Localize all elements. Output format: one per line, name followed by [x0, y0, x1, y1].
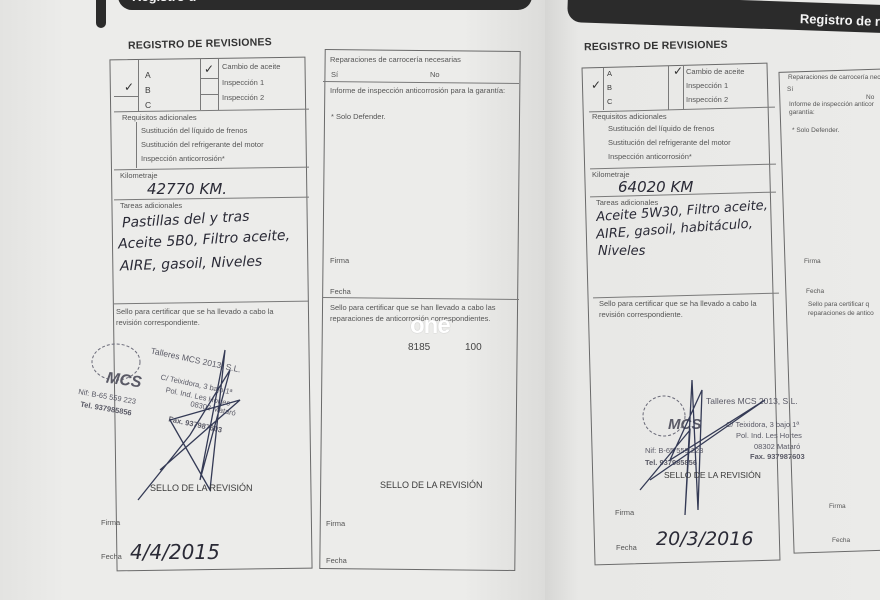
right-req-coolant: Sustitución del refrigerante del motor: [608, 138, 731, 147]
right-fecha-label: Fecha: [616, 543, 637, 552]
left-bw-fecha: Fecha: [330, 287, 351, 296]
left-anticorr-report: Informe de inspección anticorrosión para…: [330, 86, 510, 96]
right-opt-insp1: Inspección 1: [686, 81, 728, 90]
right-seal-caption: Sello para certificar que se ha llevado …: [599, 298, 774, 320]
left-bw-seal-label: SELLO DE LA REVISIÓN: [380, 480, 483, 490]
right-fecha-value: 20/3/2016: [656, 528, 753, 550]
left-seal-caption: Sello para certificar que se ha llevado …: [116, 306, 301, 328]
right-bw-firma2: Firma: [829, 503, 846, 510]
left-bw-firma: Firma: [330, 256, 349, 265]
left-req-coolant: Sustitución del refrigerante del motor: [141, 140, 264, 149]
right-firma-label: Firma: [615, 508, 634, 517]
left-tasks-label: Tareas adicionales: [120, 201, 182, 210]
watermark-logo: one: [410, 312, 450, 340]
left-opt-insp2: Inspección 2: [222, 93, 264, 102]
left-firma-label: Firma: [101, 518, 120, 527]
right-bodywork-si[interactable]: Sí: [787, 86, 793, 93]
right-opt-oil: Cambio de aceite: [686, 67, 744, 76]
watermark-left-number: 8185: [408, 342, 430, 353]
right-signature: [630, 370, 770, 520]
left-bodywork-no[interactable]: No: [430, 70, 440, 79]
right-req-brake: Sustitución del líquido de frenos: [608, 124, 714, 133]
left-req-brake: Sustitución del líquido de frenos: [141, 126, 247, 135]
left-row-a: A: [145, 70, 151, 80]
left-bw-fecha2: Fecha: [326, 556, 347, 565]
right-defender-note: * Solo Defender.: [792, 127, 839, 134]
left-row-b: B: [145, 85, 151, 95]
header-band-cap: [96, 0, 106, 28]
left-req-anticorr: Inspección anticorrosión*: [141, 154, 225, 163]
left-req-label: Requisitos adicionales: [122, 113, 197, 122]
right-req-anticorr: Inspección anticorrosión*: [608, 152, 692, 161]
right-bw-fecha2: Fecha: [832, 537, 850, 544]
left-header-band: Registro d: [118, 0, 532, 10]
right-bw-firma: Firma: [804, 258, 821, 265]
right-check-b[interactable]: ✓: [591, 78, 601, 92]
watermark-right-number: 100: [465, 342, 482, 353]
right-opt-insp2: Inspección 2: [686, 95, 728, 104]
right-bw-fecha: Fecha: [806, 288, 824, 295]
left-row-c: C: [145, 100, 151, 110]
right-anticorr-seal-caption: Sello para certificar q reparaciones de …: [808, 300, 880, 320]
right-page-title: REGISTRO DE REVISIONES: [584, 39, 728, 54]
right-bodywork-no[interactable]: No: [866, 94, 874, 101]
left-defender-note: * Solo Defender.: [331, 112, 386, 121]
left-opt-oil: Cambio de aceite: [222, 62, 280, 71]
left-mileage-value: 42770 KM.: [147, 180, 227, 198]
left-fecha-label: Fecha: [101, 552, 122, 561]
right-check-oil[interactable]: ✓: [673, 64, 683, 78]
left-check-oil[interactable]: ✓: [204, 62, 214, 76]
left-bw-firma2: Firma: [326, 519, 345, 528]
right-req-label: Requisitos adicionales: [592, 112, 667, 121]
left-check-b[interactable]: ✓: [124, 80, 134, 94]
right-row-c: C: [607, 97, 612, 106]
left-mileage-label: Kilometraje: [120, 171, 158, 180]
left-bodywork-label: Reparaciones de carrocería necesarias: [330, 55, 461, 64]
right-row-b: B: [607, 83, 612, 92]
right-seal-label: SELLO DE LA REVISIÓN: [664, 470, 761, 480]
left-seal-label: SELLO DE LA REVISIÓN: [150, 483, 253, 493]
right-anticorr-report: Informe de inspección anticor garantía:: [789, 101, 879, 117]
right-row-a: A: [607, 69, 612, 78]
left-fecha-value: 4/4/2015: [130, 540, 220, 564]
left-bodywork-si[interactable]: Sí: [331, 70, 338, 79]
right-task-line-3: Niveles: [598, 244, 645, 259]
left-opt-insp1: Inspección 1: [222, 78, 264, 87]
right-bodywork-label: Reparaciones de carrocería nec: [788, 74, 880, 81]
